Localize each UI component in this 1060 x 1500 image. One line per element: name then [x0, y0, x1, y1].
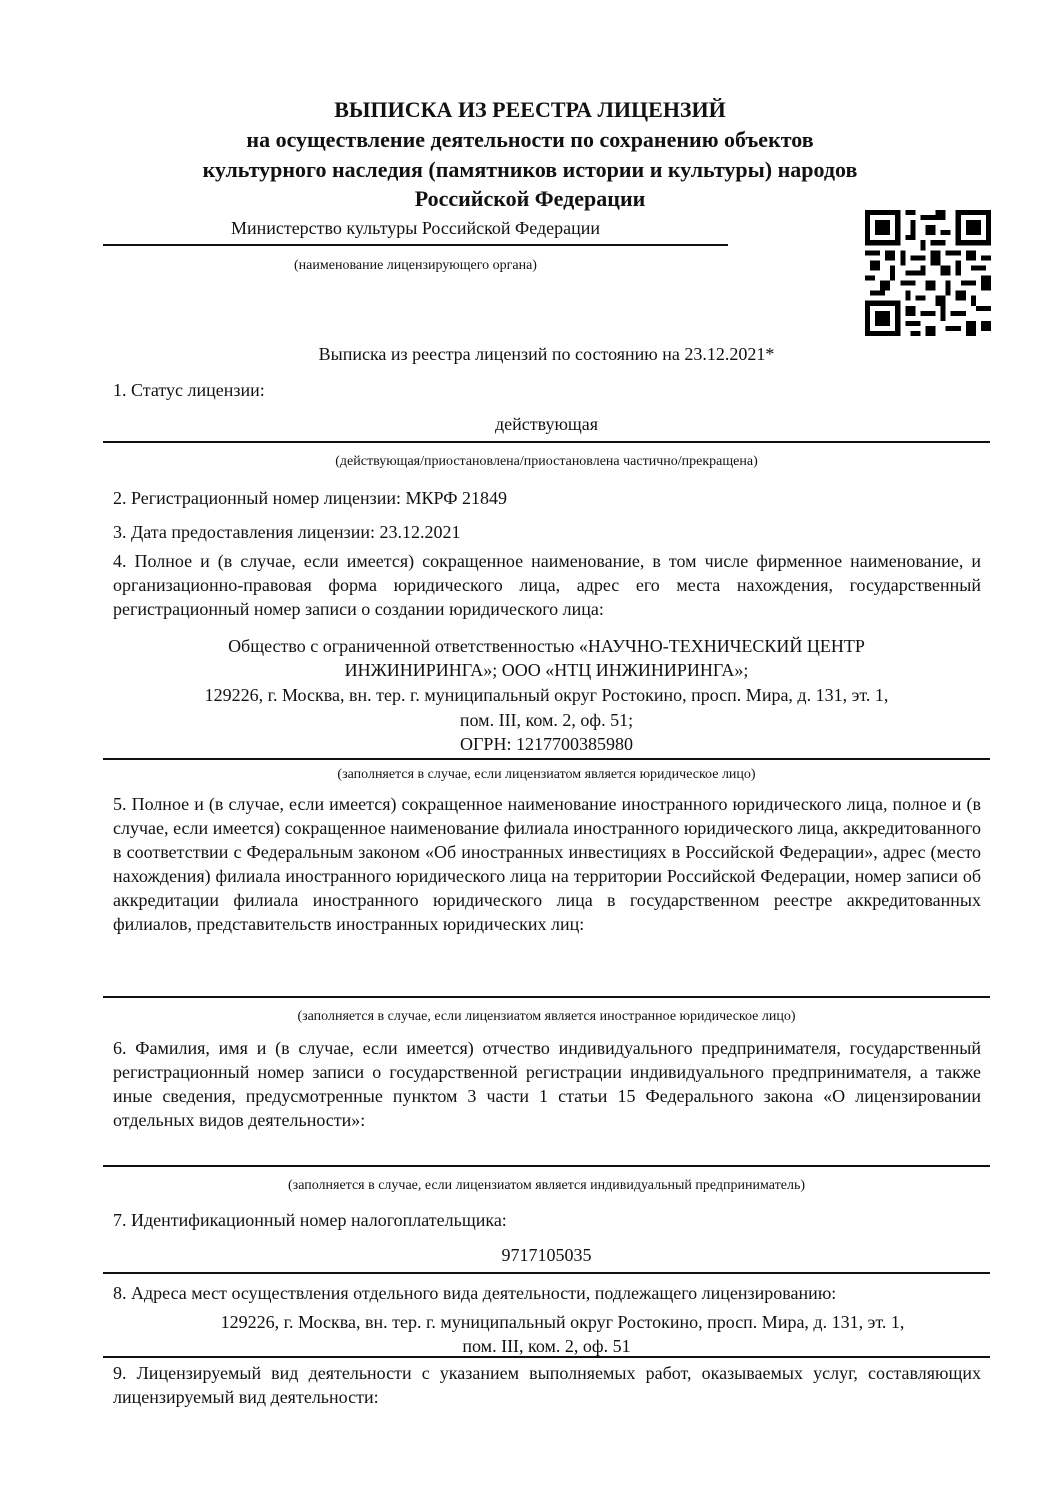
licensing-authority: Министерство культуры Российской Федерац…: [103, 216, 728, 240]
section-4-caption: (заполняется в случае, если лицензиатом …: [103, 766, 990, 784]
legal-entity-address-line-1: 129226, г. Москва, вн. тер. г. муниципал…: [103, 683, 990, 707]
document-subtitle-line-2: культурного наследия (памятников истории…: [0, 155, 1060, 184]
section-4-label: 4. Полное и (в случае, если имеется) сок…: [113, 549, 981, 621]
section-6-caption: (заполняется в случае, если лицензиатом …: [103, 1177, 990, 1195]
authority-caption: (наименование лицензирующего органа): [103, 257, 728, 275]
section-5-label: 5. Полное и (в случае, если имеется) сок…: [113, 792, 981, 936]
section-8-rule: [103, 1356, 990, 1358]
section-8-label: 8. Адреса мест осуществления отдельного …: [113, 1281, 836, 1305]
document-subtitle-line-1: на осуществление деятельности по сохране…: [0, 125, 1060, 154]
registration-number: 2. Регистрационный номер лицензии: МКРФ …: [113, 486, 507, 510]
license-issue-date: 3. Дата предоставления лицензии: 23.12.2…: [113, 520, 460, 544]
activity-address-line-1: 129226, г. Москва, вн. тер. г. муниципал…: [103, 1310, 1022, 1334]
document-title: ВЫПИСКА ИЗ РЕЕСТРА ЛИЦЕНЗИЙ: [0, 95, 1060, 124]
section-4-rule: [103, 758, 990, 760]
section-1-label: 1. Статус лицензии:: [113, 378, 265, 402]
section-6-label: 6. Фамилия, имя и (в случае, если имеетс…: [113, 1036, 981, 1132]
section-1-rule: [103, 441, 990, 443]
section-6-rule: [103, 1165, 990, 1167]
legal-entity-address-line-2: пом. III, ком. 2, оф. 51;: [103, 708, 990, 732]
legal-entity-name-line-1: Общество с ограниченной ответственностью…: [103, 634, 990, 658]
section-7-rule: [103, 1272, 990, 1274]
qr-code-icon: [865, 210, 991, 336]
section-5-caption: (заполняется в случае, если лицензиатом …: [103, 1008, 990, 1026]
document-subtitle-line-3: Российской Федерации: [0, 184, 1060, 213]
section-1-caption: (действующая/приостановлена/приостановле…: [103, 453, 990, 471]
inn-value: 9717105035: [103, 1243, 990, 1267]
legal-entity-name-line-2: ИНЖИНИРИНГА»; ООО «НТЦ ИНЖИНИРИНГА»;: [103, 658, 990, 682]
ogrn-value: ОГРН: 1217700385980: [103, 732, 990, 756]
activity-address-line-2: пом. III, ком. 2, оф. 51: [103, 1334, 990, 1358]
authority-rule: [103, 244, 728, 246]
extract-as-of-date: Выписка из реестра лицензий по состоянию…: [103, 342, 990, 366]
section-7-label: 7. Идентификационный номер налогоплатель…: [113, 1208, 507, 1232]
license-status-value: действующая: [103, 412, 990, 436]
section-5-rule: [103, 996, 990, 998]
section-9-label: 9. Лицензируемый вид деятельности с указ…: [113, 1361, 981, 1409]
